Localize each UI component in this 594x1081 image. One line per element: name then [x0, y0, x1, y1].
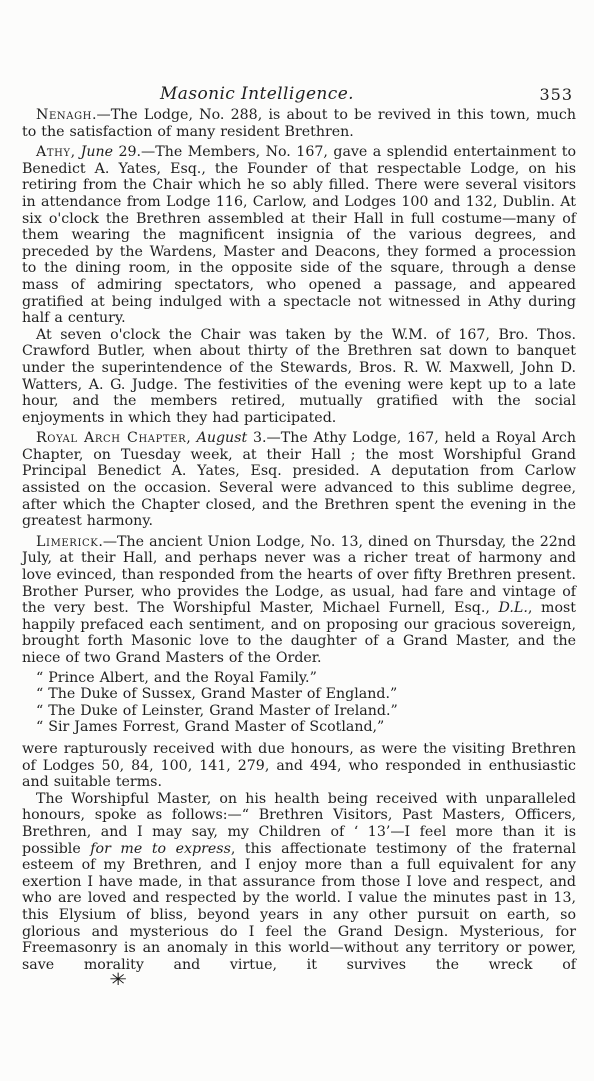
toast-duke-of-leinster: “ The Duke of Leinster, Grand Master of …: [22, 703, 576, 720]
document-page: Masonic Intelligence. 353 Nenagh.—The Lo…: [0, 0, 594, 1081]
toast-duke-of-sussex: “ The Duke of Sussex, Grand Master of En…: [22, 686, 576, 703]
toast-sir-james-forrest: “ Sir James Forrest, Grand Master of Sco…: [22, 719, 576, 736]
article-body: Nenagh.—The Lodge, No. 288, is about to …: [22, 107, 576, 973]
page-number: 353: [539, 85, 573, 104]
paragraph-toasts-received: were rapturously received with due honou…: [22, 741, 576, 791]
page-header: Masonic Intelligence. 353: [0, 84, 594, 106]
paragraph-athy: Athy, June 29.—The Members, No. 167, gav…: [22, 144, 576, 327]
paragraph-limerick: Limerick.—The ancient Union Lodge, No. 1…: [22, 534, 576, 667]
running-title: Masonic Intelligence.: [160, 84, 354, 104]
paragraph-nenagh: Nenagh.—The Lodge, No. 288, is about to …: [22, 107, 576, 140]
printers-ornament-icon: ✳: [109, 970, 127, 990]
toast-prince-albert: “ Prince Albert, and the Royal Family.”: [22, 670, 576, 687]
paragraph-athy-banquet: At seven o'clock the Chair was taken by …: [22, 327, 576, 427]
paragraph-worshipful-master-speech: The Worshipful Master, on his health bei…: [22, 791, 576, 974]
paragraph-royal-arch-chapter: Royal Arch Chapter, August 3.—The Athy L…: [22, 430, 576, 530]
